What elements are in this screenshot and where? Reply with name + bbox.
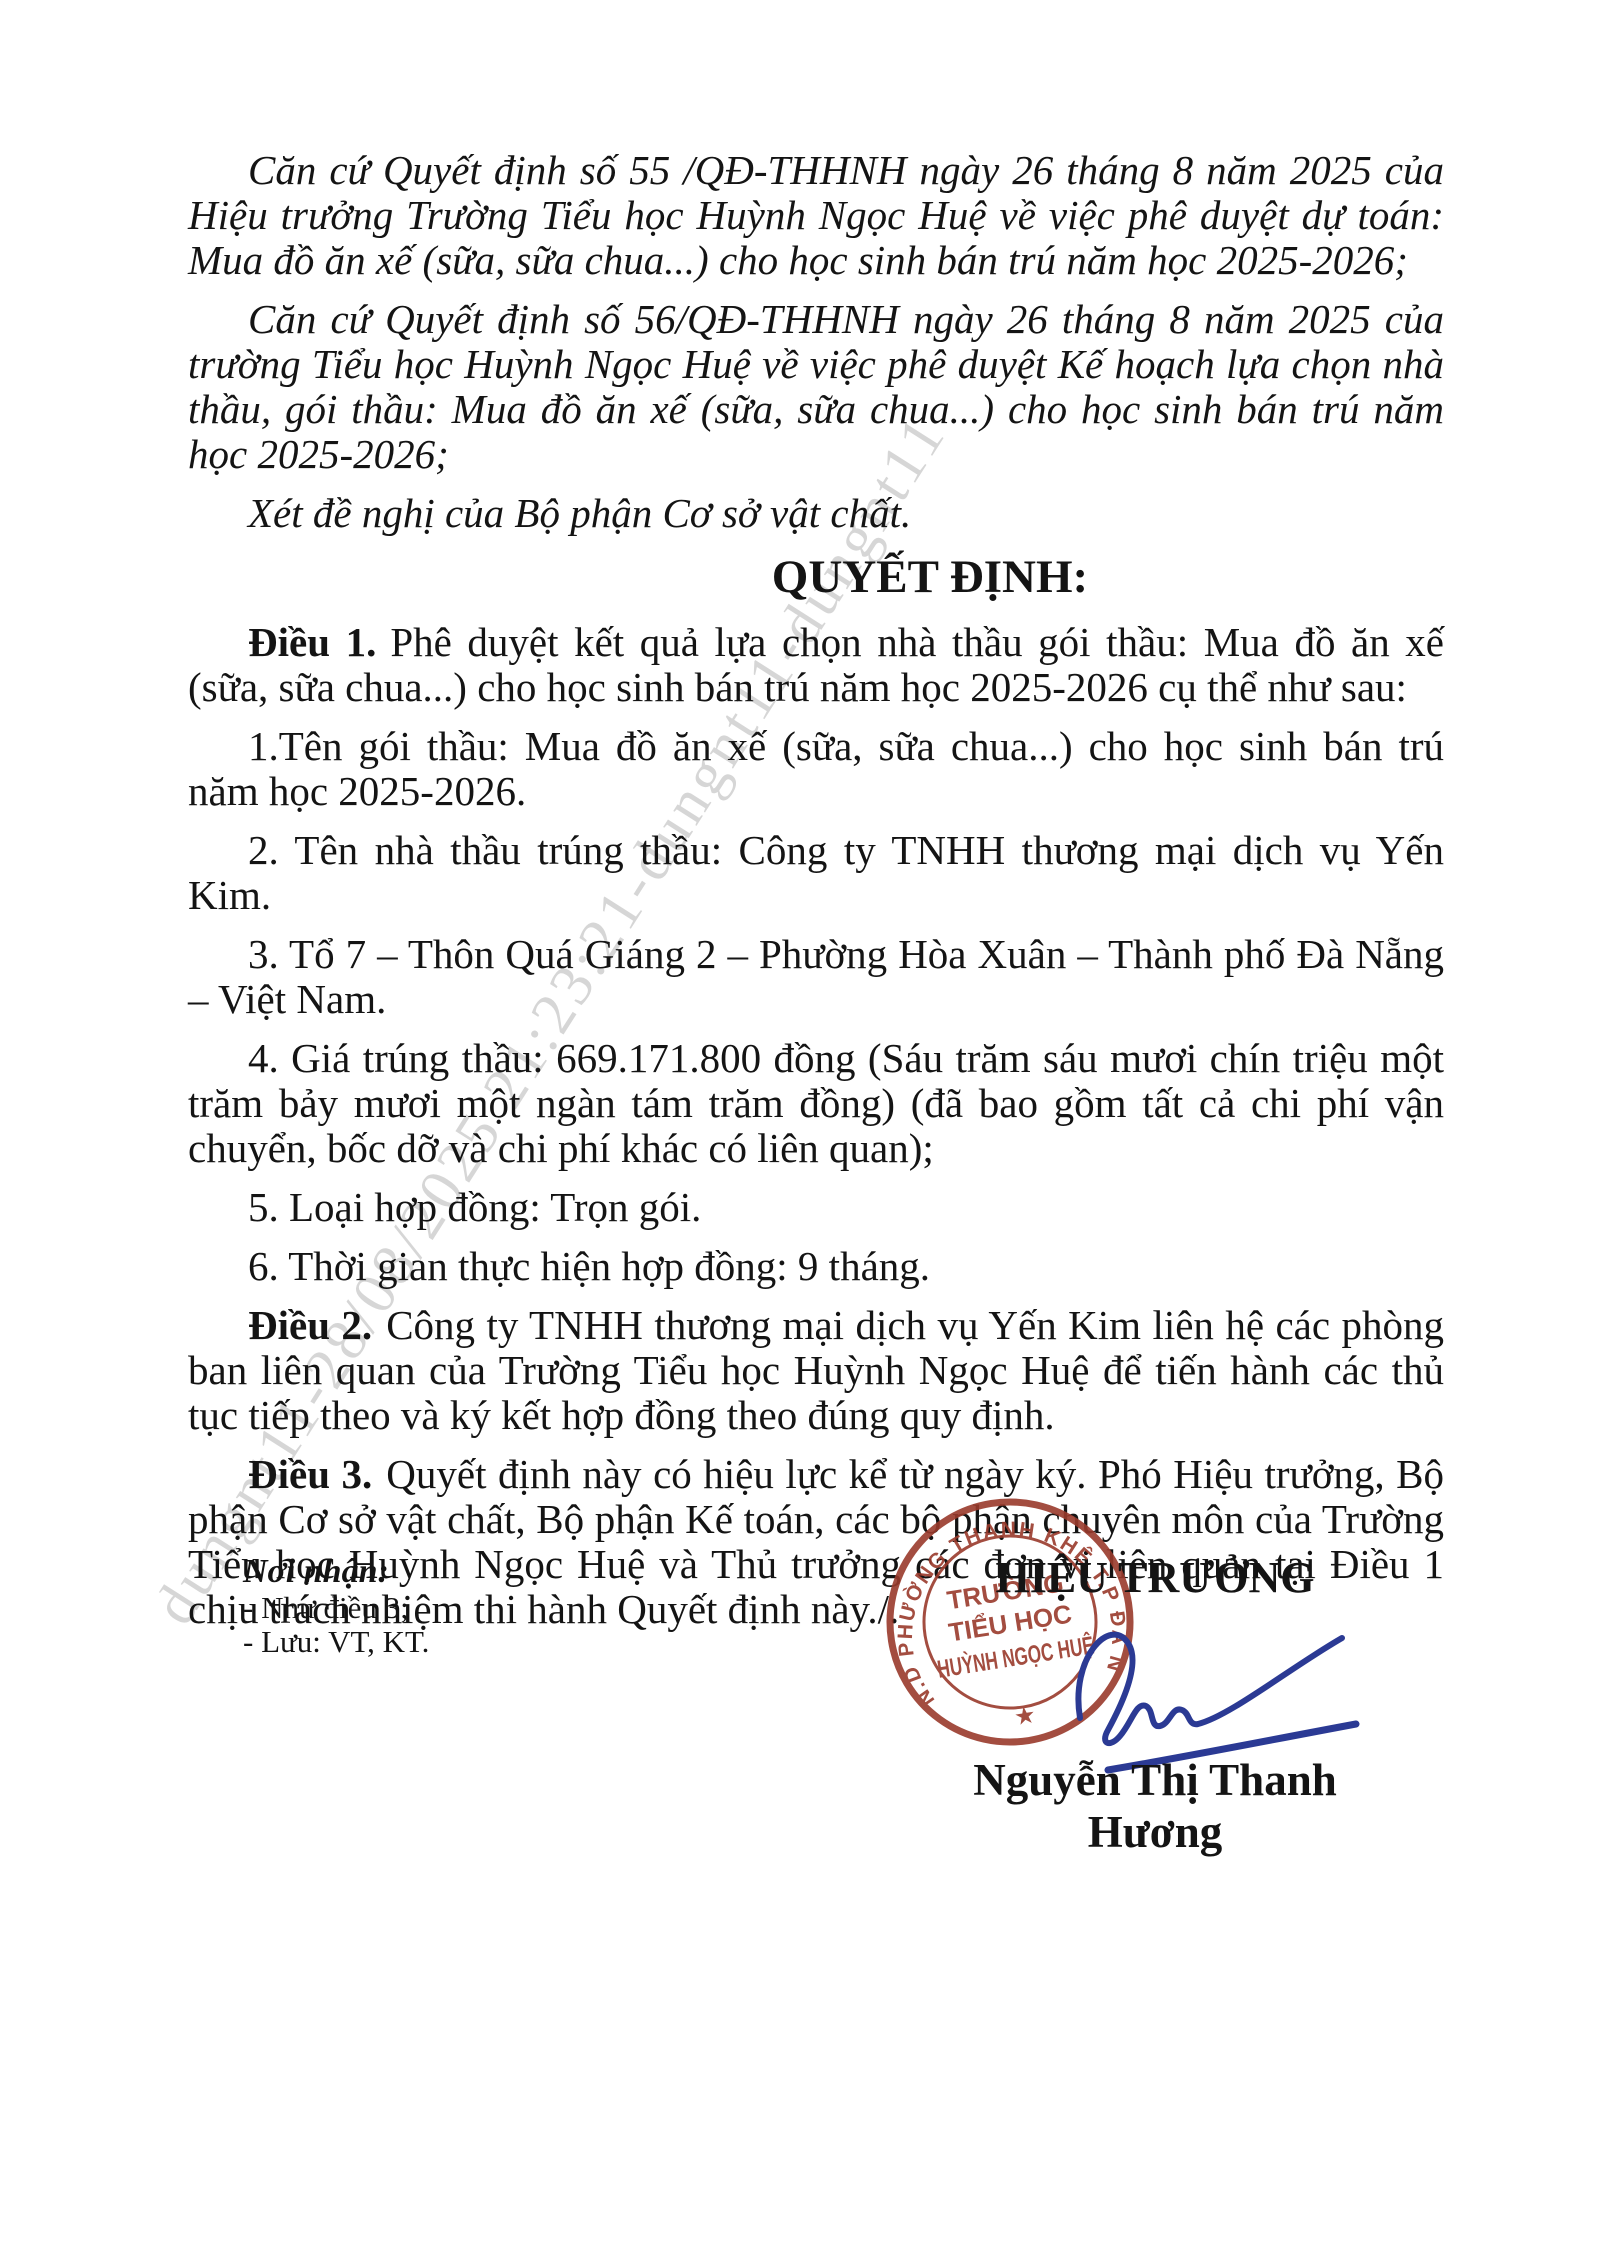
list-item-5: 5. Loại hợp đồng: Trọn gói. <box>188 1185 1444 1230</box>
recipients-block: Nơi nhận: - Như điều 3; - Lưu: VT, KT. <box>243 1553 429 1659</box>
article-2-text: Công ty TNHH thương mại dịch vụ Yến Kim … <box>188 1302 1444 1438</box>
list-item-3: 3. Tổ 7 – Thôn Quá Giáng 2 – Phường Hòa … <box>188 932 1444 1022</box>
recipients-title: Nơi nhận: <box>243 1553 429 1591</box>
handwritten-signature <box>1050 1598 1370 1778</box>
article-1-label: Điều 1. <box>248 619 376 665</box>
article-2-label: Điều 2. <box>248 1302 372 1348</box>
list-item-4: 4. Giá trúng thầu: 669.171.800 đồng (Sáu… <box>188 1036 1444 1171</box>
signer-name: Nguyễn Thị Thanh Hương <box>940 1754 1370 1858</box>
article-3-label: Điều 3. <box>248 1451 372 1497</box>
preamble-paragraph-3: Xét đề nghị của Bộ phận Cơ sở vật chất. <box>188 491 1444 536</box>
article-1-text: Phê duyệt kết quả lựa chọn nhà thầu gói … <box>188 619 1444 710</box>
document-page: dungnt11-28/08/2025 21:23:21-dungnt11-du… <box>0 0 1600 2263</box>
recipients-line-1: - Như điều 3; <box>243 1591 429 1625</box>
signer-title: HIỆU TRƯỞNG <box>940 1552 1370 1603</box>
article-1: Điều 1.Phê duyệt kết quả lựa chọn nhà th… <box>188 620 1444 710</box>
preamble-paragraph-1: Căn cứ Quyết định số 55 /QĐ-THHNH ngày 2… <box>188 148 1444 283</box>
article-2: Điều 2.Công ty TNHH thương mại dịch vụ Y… <box>188 1303 1444 1438</box>
stamp-star-icon: ★ <box>1012 1701 1037 1731</box>
list-item-6: 6. Thời gian thực hiện hợp đồng: 9 tháng… <box>188 1244 1444 1289</box>
list-item-2: 2. Tên nhà thầu trúng thầu: Công ty TNHH… <box>188 828 1444 918</box>
decision-heading: QUYẾT ĐỊNH: <box>416 550 1444 604</box>
document-body: Căn cứ Quyết định số 55 /QĐ-THHNH ngày 2… <box>188 148 1444 1646</box>
list-item-1: 1.Tên gói thầu: Mua đồ ăn xế (sữa, sữa c… <box>188 724 1444 814</box>
preamble-paragraph-2: Căn cứ Quyết định số 56/QĐ-THHNH ngày 26… <box>188 297 1444 477</box>
recipients-line-2: - Lưu: VT, KT. <box>243 1625 429 1659</box>
